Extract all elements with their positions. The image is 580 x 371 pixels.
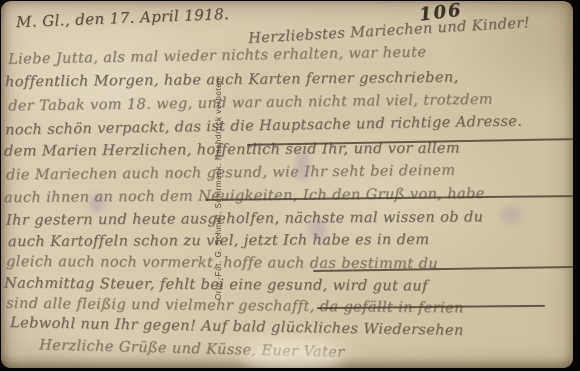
handwriting-line: Lebwohl nun Ihr gegen! Auf bald glücklic…	[10, 315, 464, 339]
ink-stain	[89, 193, 105, 213]
postcard-photo: M. Gl., den 17. April 1918. Herzliebstes…	[0, 0, 580, 371]
handwriting-line: noch schön verpackt, das ist die Hauptsa…	[5, 113, 522, 138]
photographer-credit: Orig.-Fot. G. Schmitt, Schirmeck. Nachdr…	[214, 39, 228, 335]
handwriting-line: der Tabak vom 18. weg, und war auch nich…	[8, 92, 493, 115]
postcard-paper: M. Gl., den 17. April 1918. Herzliebstes…	[1, 1, 573, 368]
paper-wear-patch	[243, 343, 343, 368]
handwriting-line: hoffentlich Morgen, habe auch Karten fer…	[5, 70, 459, 91]
date-line: M. Gl., den 17. April 1918.	[16, 5, 230, 31]
ink-stain	[501, 206, 521, 224]
handwriting-line: Ihr gestern und heute ausgeholfen, nächs…	[6, 209, 483, 228]
ink-stain	[296, 151, 309, 181]
handwriting-line: dem Marien Herzlichen, hoffentlich seid …	[4, 140, 460, 159]
salutation-line: Herzliebstes Mariechen und Kinder!	[248, 15, 531, 47]
ink-stain	[309, 219, 327, 241]
handwriting-line: die Mariechen auch noch gesund, wie Ihr …	[6, 163, 455, 184]
